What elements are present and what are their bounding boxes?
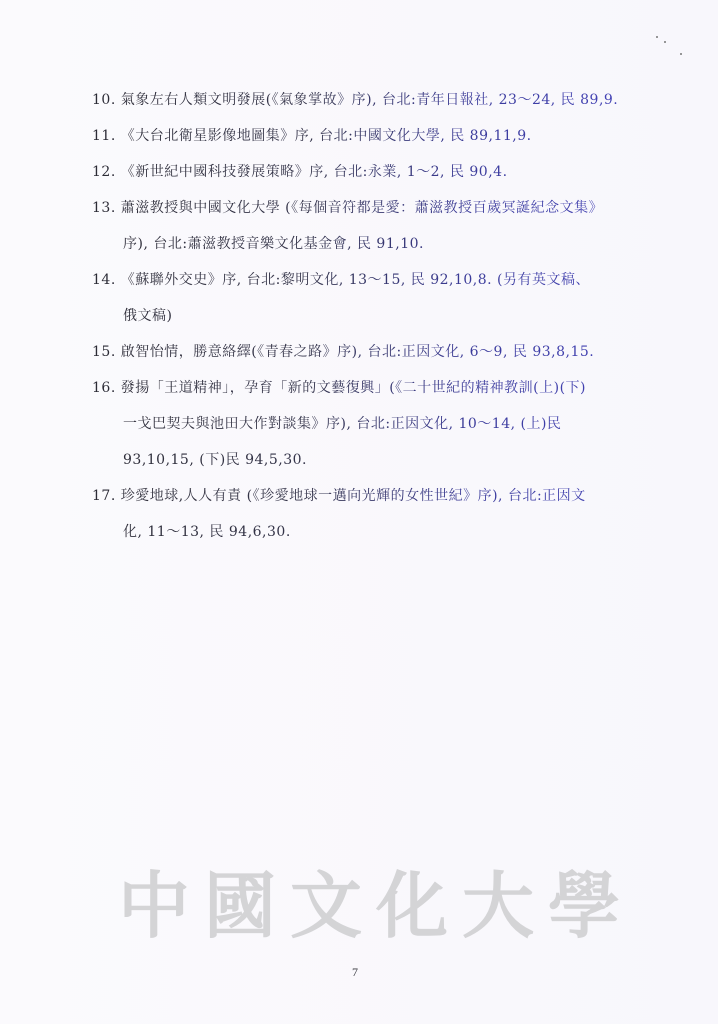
entry-line: 11. 《大台北衛星影像地圖集》序, 台北:中國文化大學, 民 89,11,9. xyxy=(92,118,632,154)
list-item-10: 10. 氣象左右人類文明發展(《氣象掌故》序), 台北:青年日報社, 23～24… xyxy=(92,82,632,118)
list-item-11: 11. 《大台北衛星影像地圖集》序, 台北:中國文化大學, 民 89,11,9. xyxy=(92,118,632,154)
entry-line-continued: 序), 台北:蕭滋教授音樂文化基金會, 民 91,10. xyxy=(92,226,632,262)
entry-line: 14. 《蘇聯外交史》序, 台北:黎明文化, 13～15, 民 92,10,8.… xyxy=(92,262,632,298)
entry-line-continued: 93,10,15, (下)民 94,5,30. xyxy=(92,442,632,478)
list-item-15: 15. 啟智怡情，勝意絡繹(《青春之路》序), 台北:正因文化, 6～9, 民 … xyxy=(92,334,632,370)
scan-speck xyxy=(664,41,666,43)
list-item-17: 17. 珍愛地球,人人有責 (《珍愛地球一邁向光輝的女性世紀》序), 台北:正因… xyxy=(92,478,632,550)
scan-speck xyxy=(656,36,658,38)
university-watermark: 中國文化大學 xyxy=(118,848,634,952)
entry-line: 16. 發揚「王道精神」，孕育「新的文藝復興」(《二十世紀的精神教訓(上)(下) xyxy=(92,370,632,406)
list-item-14: 14. 《蘇聯外交史》序, 台北:黎明文化, 13～15, 民 92,10,8.… xyxy=(92,262,632,334)
entry-line: 13. 蕭滋教授與中國文化大學 (《每個音符都是愛：蕭滋教授百歲冥誕紀念文集》 xyxy=(92,190,632,226)
list-item-16: 16. 發揚「王道精神」，孕育「新的文藝復興」(《二十世紀的精神教訓(上)(下)… xyxy=(92,370,632,478)
entry-line: 12. 《新世紀中國科技發展策略》序, 台北:永業, 1～2, 民 90,4. xyxy=(92,154,632,190)
entry-line-continued: 一戈巴契夫與池田大作對談集》序), 台北:正因文化, 10～14, (上)民 xyxy=(92,406,632,442)
entry-line-continued: 俄文稿) xyxy=(92,298,632,334)
preface-list: 10. 氣象左右人類文明發展(《氣象掌故》序), 台北:青年日報社, 23～24… xyxy=(92,82,632,550)
list-item-12: 12. 《新世紀中國科技發展策略》序, 台北:永業, 1～2, 民 90,4. xyxy=(92,154,632,190)
entry-line: 15. 啟智怡情，勝意絡繹(《青春之路》序), 台北:正因文化, 6～9, 民 … xyxy=(92,334,632,370)
entry-line-continued: 化, 11～13, 民 94,6,30. xyxy=(92,514,632,550)
list-item-13: 13. 蕭滋教授與中國文化大學 (《每個音符都是愛：蕭滋教授百歲冥誕紀念文集》 … xyxy=(92,190,632,262)
scan-speck xyxy=(680,53,682,55)
entry-line: 10. 氣象左右人類文明發展(《氣象掌故》序), 台北:青年日報社, 23～24… xyxy=(92,82,632,118)
document-page: 10. 氣象左右人類文明發展(《氣象掌故》序), 台北:青年日報社, 23～24… xyxy=(0,0,718,1024)
page-number: 7 xyxy=(352,965,358,980)
entry-line: 17. 珍愛地球,人人有責 (《珍愛地球一邁向光輝的女性世紀》序), 台北:正因… xyxy=(92,478,632,514)
